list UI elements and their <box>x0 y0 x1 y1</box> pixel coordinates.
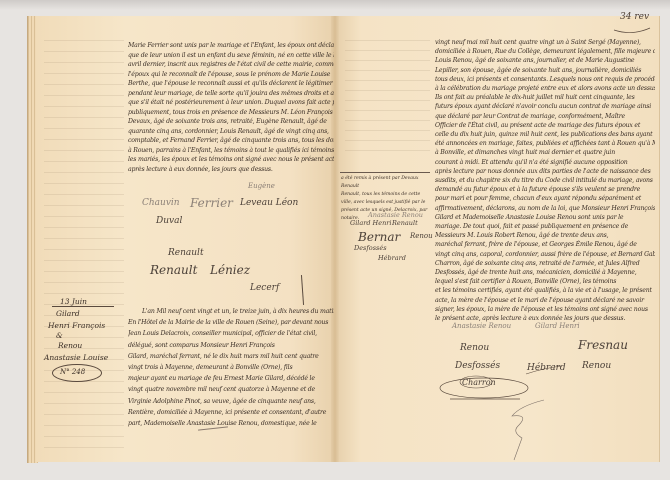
bleed-through-line <box>345 70 430 71</box>
bleed-through-line <box>345 120 430 121</box>
handwritten-line: majeur ayant eu mariage de feu Ernest Ma… <box>128 373 334 384</box>
bleed-through-line <box>345 150 430 151</box>
handwritten-line: Jean Louis Delacroix, conseiller municip… <box>128 328 334 339</box>
bleed-through-line <box>44 128 124 129</box>
bleed-through-line <box>44 139 124 140</box>
margin-sig-anastasie: Anastasie Renou <box>368 211 423 219</box>
hebrard-underline <box>524 364 564 378</box>
scan-top-shadow <box>0 0 670 10</box>
bleed-through-line <box>44 293 124 294</box>
scanned-register: 34 rev Marie Ferrier sont unis par le ma… <box>0 0 670 480</box>
bleed-through-line <box>345 50 430 51</box>
bleed-through-line <box>345 130 430 131</box>
bleed-through-line <box>345 140 430 141</box>
bleed-through-line <box>44 271 124 272</box>
bleed-through-line <box>44 95 124 96</box>
handwritten-line: part, Mademoiselle Anastasie Louise Reno… <box>128 418 334 429</box>
bleed-through-line <box>44 183 124 184</box>
margin-sig-renault: Renault <box>392 219 418 227</box>
signature-eugene: Eugène <box>248 182 275 190</box>
handwritten-line: vingt trois à Mayenne, demeurant à Bonvi… <box>128 362 334 373</box>
bleed-through-line <box>345 100 430 101</box>
handwritten-line: après lecture à eux donnée, les jours qu… <box>128 164 334 175</box>
signature-renault-2: Renault <box>150 263 197 277</box>
signature-renou: Renou <box>460 343 489 353</box>
bleed-through-line <box>44 436 124 437</box>
bleed-through-line <box>44 205 124 206</box>
act-number: N° 248 <box>60 366 85 378</box>
bleed-through-line <box>44 117 124 118</box>
bleed-through-line <box>44 106 124 107</box>
bleed-through-line <box>44 227 124 228</box>
bleed-through-line <box>44 172 124 173</box>
handwritten-line: vingt quatre novembre mil neuf cent quat… <box>128 384 334 395</box>
signature-lecerf: Lecerf <box>250 283 279 293</box>
margin-sig-desfosses: Desfossés <box>354 244 387 252</box>
bleed-through-line <box>44 161 124 162</box>
margin-groom-given-names: Henri François <box>44 320 114 332</box>
bleed-through-line <box>44 414 124 415</box>
bleed-through-line <box>44 282 124 283</box>
signature-leniez: Léniez <box>210 263 250 277</box>
bleed-through-line <box>345 110 430 111</box>
signature-gilard-henri: Gilard Henri <box>535 322 580 330</box>
folio-number: 34 rev <box>620 12 649 22</box>
bleed-through-line <box>44 425 124 426</box>
signature-duval: Duval <box>156 216 182 226</box>
handwritten-line: Gilard, maréchal ferrant, né le dix huit… <box>128 351 334 362</box>
signature-ferrier: Ferrier <box>190 196 233 210</box>
bleed-through-line <box>44 238 124 239</box>
bleed-through-line <box>345 80 430 81</box>
signature-desfosses: Desfossés <box>455 361 500 371</box>
handwritten-line: En l'Hôtel de la Mairie de la ville de R… <box>128 317 334 328</box>
bleed-through-line <box>44 62 124 63</box>
bleed-through-line <box>44 73 124 74</box>
signature-renou-2: Renou <box>582 361 611 371</box>
bleed-through-line <box>345 40 430 41</box>
signature-leveau-leon: Leveau Léon <box>240 198 298 208</box>
margin-groom-surname: Gilard <box>44 308 114 320</box>
signature-charron: Charron <box>462 378 496 387</box>
margin-sig-hebrard: Hébrard <box>378 254 406 262</box>
pencil-mark <box>500 398 550 462</box>
margin-date-rule <box>52 306 114 307</box>
margin-bride-surname: Renou <box>44 340 114 352</box>
handwritten-line: délégué, sont comparus Monsieur Henri Fr… <box>128 340 334 351</box>
handwritten-line: Virginie Adolphine Pinot, sa veuve, âgée… <box>128 396 334 407</box>
signature-anastasie-renou: Anastasie Renou <box>452 322 511 330</box>
bleed-through-line <box>44 260 124 261</box>
bleed-through-line <box>44 249 124 250</box>
handwritten-line: L'an Mil neuf cent vingt et un, le treiz… <box>142 306 334 317</box>
margin-sig-renou: Renou <box>410 232 433 240</box>
margin-conjunction: & <box>44 332 114 340</box>
bleed-through-line <box>44 447 124 448</box>
bleed-through-line <box>44 216 124 217</box>
bleed-through-line <box>345 90 430 91</box>
signature-fresnau: Fresnau <box>578 338 628 352</box>
bleed-through-line <box>44 40 124 41</box>
handwritten-line: Rentière, domiciliée à Mayenne, ici prés… <box>128 407 334 418</box>
margin-bride-given-names: Anastasie Louise <box>44 352 114 364</box>
bleed-through-line <box>44 403 124 404</box>
margin-sig-bernar: Bernar <box>358 230 400 244</box>
signature-chauvin: Chauvin <box>142 198 180 208</box>
margin-sig-gilard: Gilard Henri <box>350 219 391 227</box>
folio-underline <box>612 22 652 36</box>
bleed-through-line <box>44 194 124 195</box>
bleed-through-line <box>44 392 124 393</box>
margin-note-rule <box>340 172 430 173</box>
bleed-through-line <box>345 60 430 61</box>
bleed-through-line <box>44 84 124 85</box>
bleed-through-line <box>44 51 124 52</box>
signature-renault-1: Renault <box>168 248 204 258</box>
bleed-through-line <box>44 150 124 151</box>
